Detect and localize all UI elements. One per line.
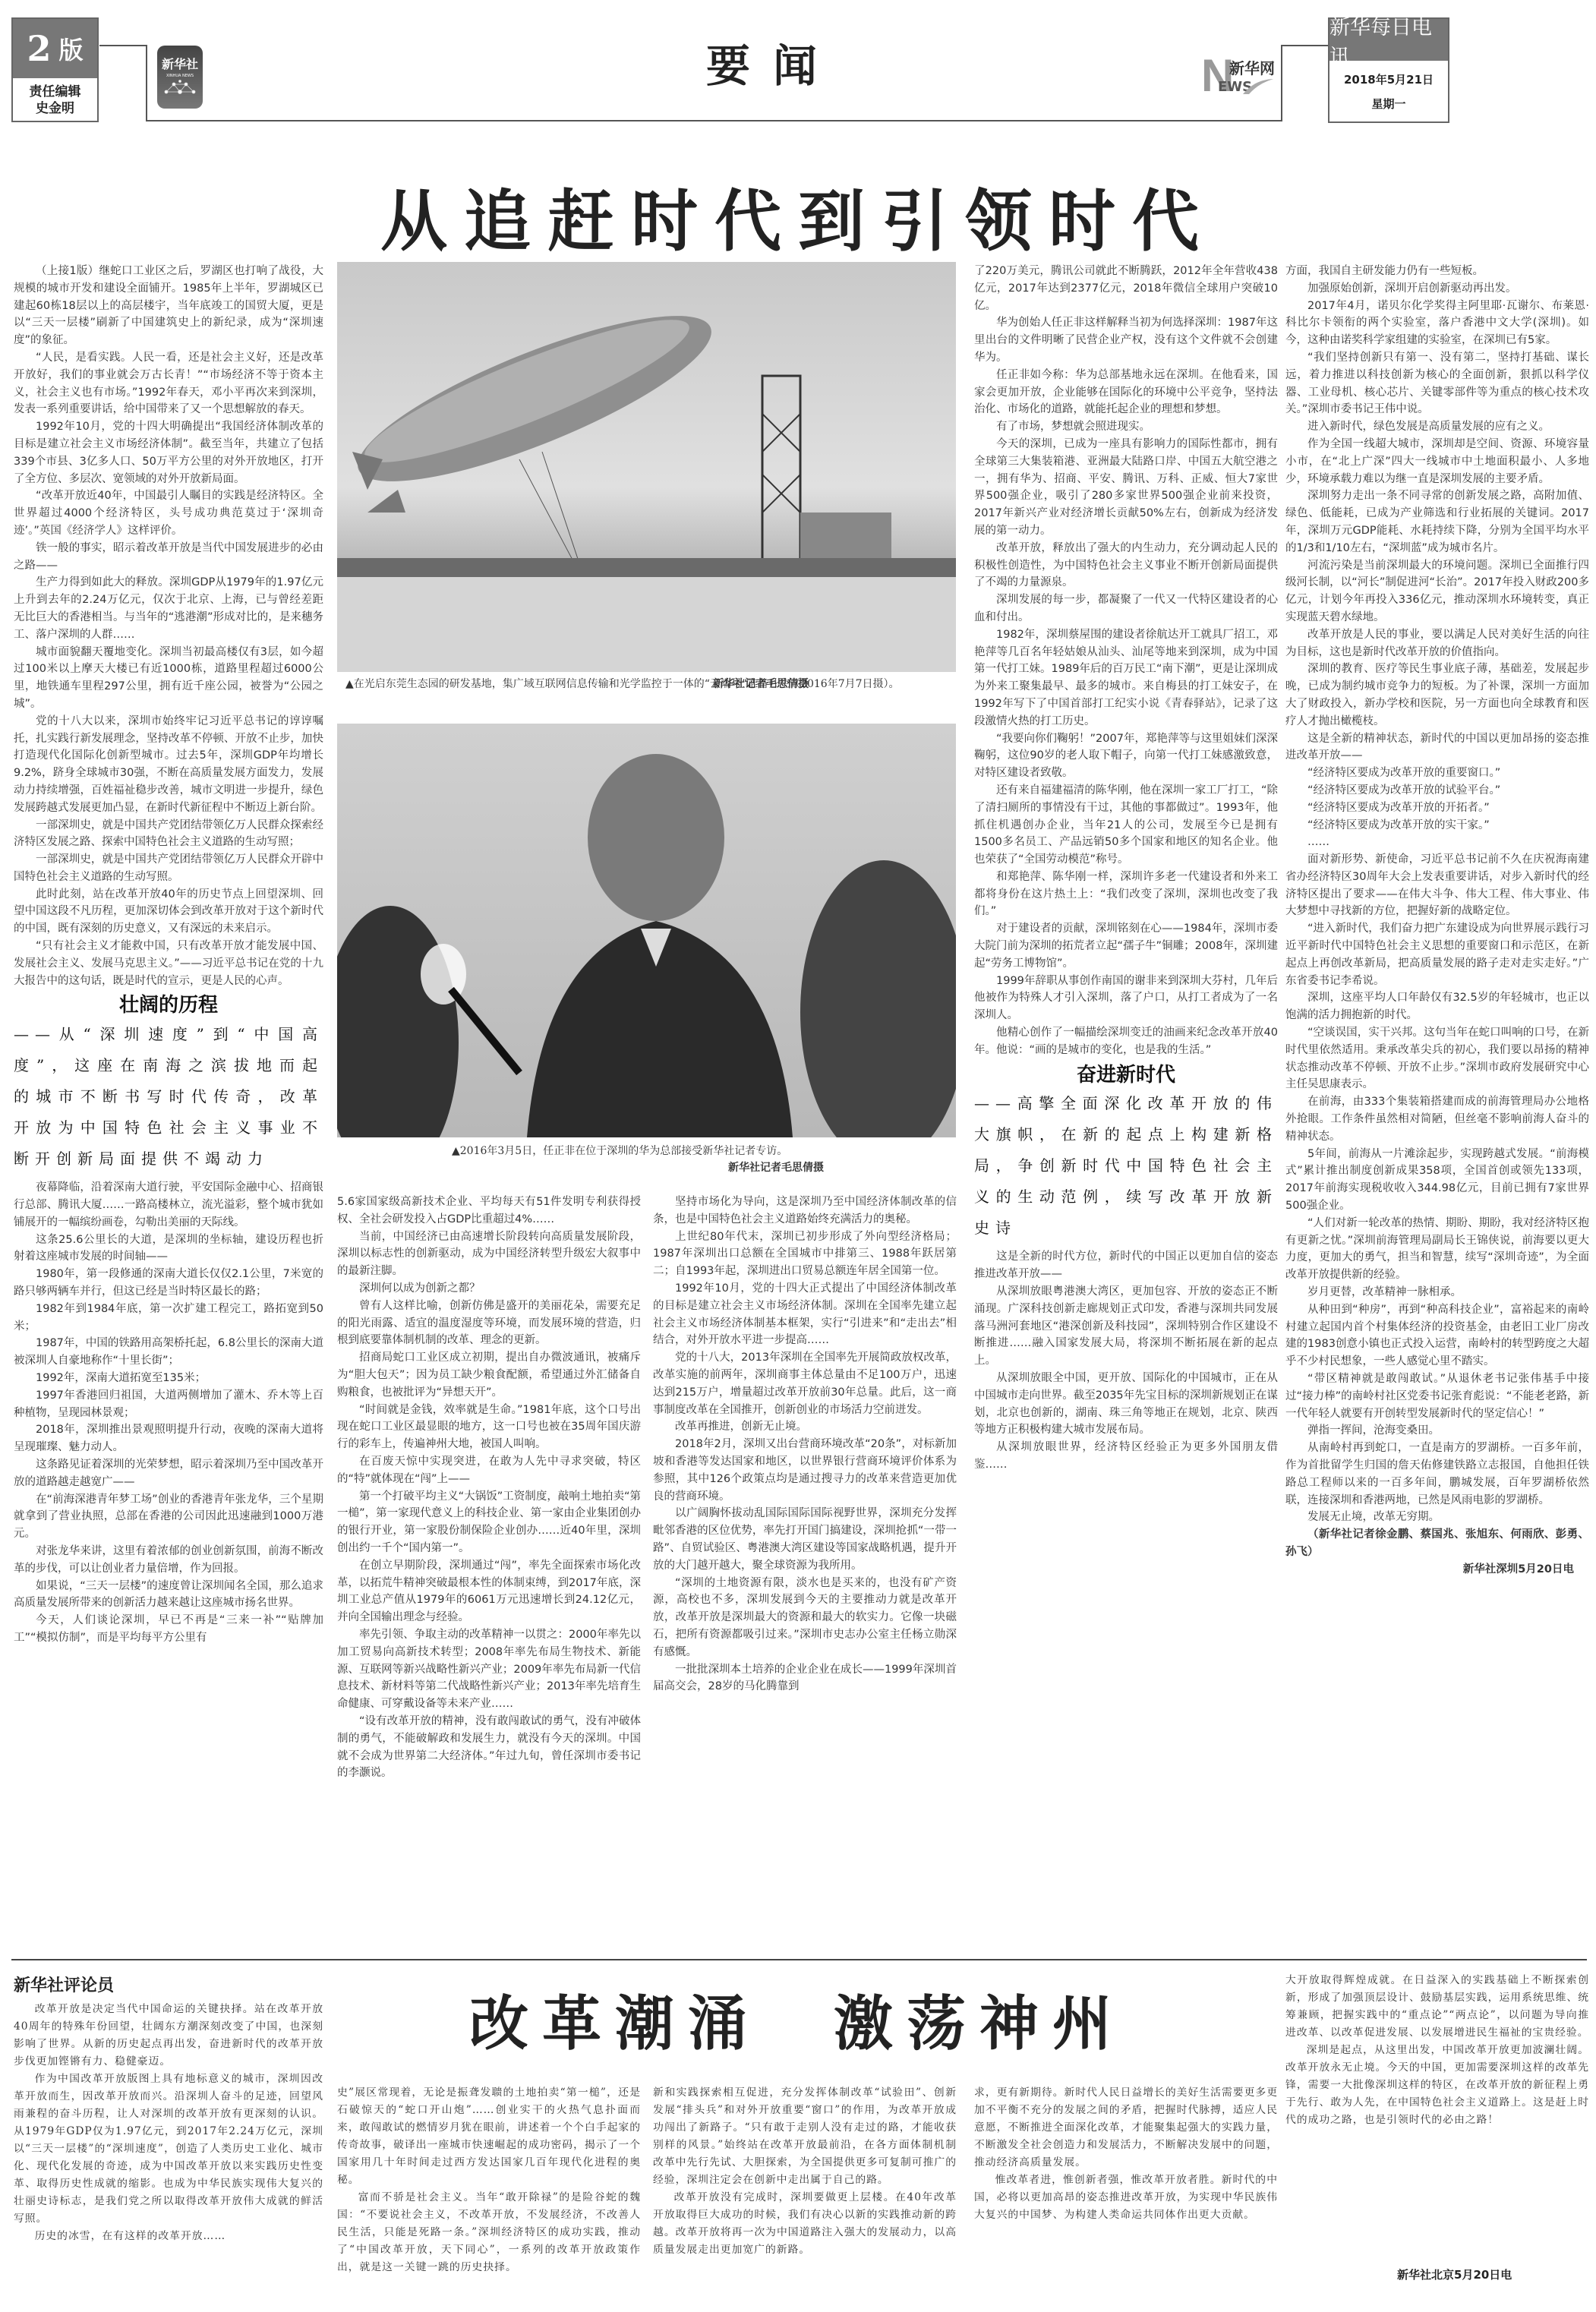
paragraph: 从深圳放眼粤港澳大湾区，更加包容、开放的姿态正不断涌现。广深科技创新走廊规划正式… [974,1283,1278,1370]
paragraph: 求，更有新期待。新时代人民日益增长的美好生活需要更多更加不平衡不充分的发展之间的… [974,2084,1278,2172]
paragraph: 以广阔胸怀拔动乱国际国际国际视野世界，深圳充分发挥毗邻香港的区位优势，率先打开国… [653,1505,957,1574]
article-column-2: 5.6家国家级高新技术企业、平均每天有51件发明专利获得授权、全社会研发投入占G… [337,1194,641,1919]
paragraph: （上接1版）继蛇口工业区之后，罗湖区也打响了战役，大规模的城市开发和建设全面铺开… [14,263,323,349]
paragraph: 坚持市场化为导向，这是深圳乃至中国经济体制改革的信条，也是中国特色社会主义道路始… [653,1194,957,1229]
editorial-column-4: 求，更有新期待。新时代人民日益增长的美好生活需要更多更加不平衡不充分的发展之间的… [974,2084,1278,2304]
masthead-rule-right-top [1281,45,1328,46]
paragraph: “时间就是金钱，效率就是生命。”1981年底，这个口号出现在蛇口工业区最显眼的地… [337,1402,641,1453]
paragraph: 一批批深圳本土培养的企业企业在成长——1999年深圳首届高交会，28岁的马化腾靠… [653,1661,957,1696]
paragraph: 2018年，深圳推出景观照明提升行动，夜晚的深南大道将呈现璀璨、魅力动人。 [14,1421,323,1456]
paragraph: 1987年，中国的铁路用高架桥托起，6.8公里长的深南大道被深圳人自豪地称作“十… [14,1335,323,1370]
paragraph: “人们对新一轮改革的热情、期盼、期盼，我对经济特区抱有更新之忧。”深圳前海管理局… [1285,1215,1589,1284]
article-column-3: 坚持市场化为导向，这是深圳乃至中国经济体制改革的信条，也是中国特色社会主义道路始… [653,1194,957,1919]
paragraph: “经济特区要成为改革开放的实干家。” [1285,817,1589,834]
paragraph: 率先引领、争取主动的改革精神一以贯之：2000年率先以加工贸易向高新技术转型；2… [337,1626,641,1713]
news-logo-cn: 新华网 [1229,56,1275,78]
paragraph: 和郑艳萍、陈华刚一样，深圳许多老一代建设者和外来工都将身份在这片热土上：“我们改… [974,869,1278,920]
masthead-rule-left-top [99,45,147,46]
paragraph: 从深圳放眼世界，经济特区经验正为更多外国朋友借鉴…… [974,1439,1278,1474]
paragraph: 5年间，前海从一片滩涂起步，实现跨越式发展。“前海模式”累计推出制度创新成果35… [1285,1146,1589,1215]
paragraph: 历史的冰雪，在有这样的改革开放…… [14,2228,323,2245]
paragraph: 1992年，深南大道拓宽至135米； [14,1370,323,1387]
paragraph: 今天的深圳，已成为一座具有影响力的国际性都市，拥有全球第三大集装箱港、亚洲最大陆… [974,436,1278,540]
paragraph: “设有改革开放的精神，没有敢闯敢试的勇气，没有冲破体制的勇气，不能破解政和发展生… [337,1713,641,1782]
paragraph: 有了市场，梦想就会照进现实。 [974,418,1278,436]
paragraph: 生产力得到如此大的释放。深圳GDP从1979年的1.97亿元上升到去年的2.24… [14,574,323,643]
paragraph: 一部深圳史，就是中国共产党团结带领亿万人民群众探索经济特区发展之路、探索中国特色… [14,817,323,852]
paragraph: 从南岭村再到蛇口，一直是南方的罗湖桥。一百多年前，作为首批留学生归国的詹天佑修建… [1285,1440,1589,1509]
paragraph: 1992年10月，党的十四大正式提出了中国经济体制改革的目标是建立社会主义市场经… [653,1280,957,1349]
caption-text: ▲2016年3月5日，任正非在位于深圳的华为总部接受新华社记者专访。 [452,1145,787,1157]
paragraph: 曾有人这样比喻，创新仿佛是盛开的美丽花朵，需要充足的阳光雨露、适宜的温度湿度等环… [337,1298,641,1349]
editor-label: 责任编辑 [30,84,81,100]
paragraph: “人民，是看实践。人民一看，还是社会主义好，还是改革开放好，我们的事业就会万古长… [14,349,323,418]
paragraph: 1997年香港回归祖国，大道两侧增加了灌木、乔木等上百种植物，呈现园林景观； [14,1387,323,1422]
paragraph: 招商局蛇口工业区成立初期，提出自办微波通讯，被痛斥为“胆大包天”；因为员工缺少粮… [337,1349,641,1401]
edition-unit: 版 [59,31,84,66]
article-column-4: 了220万美元，腾讯公司就此不断腾跃，2012年全年营收438亿元，2017年达… [974,263,1278,1918]
paragraph: 岁月更替，改革精神一脉相承。 [1285,1284,1589,1301]
paragraph: 面对新形势、新使命，习近平总书记前不久在庆祝海南建省办经济特区30周年大会上发表… [1285,851,1589,920]
photo-credit: 新华社记者毛思倩摄 [452,1159,953,1176]
paragraph: 任正非如今称：华为总部基地永远在深圳。在他看来，国家会更加开放，企业能够在国际化… [974,367,1278,418]
article-dateline: 新华社深圳5月20日电 [1285,1561,1589,1579]
paragraph: 深圳是起点，从这里出发，中国改革开放更加波澜壮阔。改革开放永无止境。今天的中国，… [1285,2042,1589,2129]
paragraph: 1982年，深圳蔡屋围的建设者徐航达开工就具厂招工，邓艳萍等几百名年轻姑娘从汕头… [974,626,1278,730]
swoosh-icon [1243,76,1273,95]
paragraph: 1982年到1984年底，第一次扩建工程完工，路拓宽到50米； [14,1301,323,1336]
paragraph: 深圳发展的每一步，都凝聚了一代又一代特区建设者的心血和付出。 [974,591,1278,626]
paragraph: 此时此刻，站在改革开放40年的历史节点上回望深圳、回望中国这段不凡历程，更加深切… [14,886,323,938]
issue-date: 2018年5月21日 [1344,68,1434,92]
paragraph: 1980年，第一段修通的深南大道长仅仅2.1公里，7米宽的路只够两辆车并行，但这… [14,1266,323,1301]
paragraph: 5.6家国家级高新技术企业、平均每天有51件发明专利获得授权、全社会研发投入占G… [337,1194,641,1229]
paragraph: 进入新时代，绿色发展是高质量发展的应有之义。 [1285,418,1589,436]
paragraph: “只有社会主义才能救中国，只有改革开放才能发展中国、发展社会主义、发展马克思主义… [14,938,323,989]
network-icon [163,78,197,96]
paragraph: 2018年2月，深圳又出台营商环境改革“20条”，对标新加坡和香港等发达国家和地… [653,1436,957,1505]
paragraph: 改革再推进，创新无止境。 [653,1418,957,1436]
paragraph: 大开放取得辉煌成就。在日益深入的实践基础上不断探索创新，形成了加强顶层设计、鼓励… [1285,1972,1589,2042]
paragraph: 从深圳放眼全中国，更开放、国际化的中国城市，正在从中国城市走向世界。截至2035… [974,1370,1278,1439]
paragraph: 这是全新的时代方位，新时代的中国正以更加自信的姿态推进改革开放—— [974,1248,1278,1283]
editorial-column-3: 新和实践探索相互促进，充分发挥体制改革“试验田”、创新发展“排头兵”和对外开放重… [653,2084,957,2304]
editorial-column-5: 大开放取得辉煌成就。在日益深入的实践基础上不断探索创新，形成了加强顶层设计、鼓励… [1285,1972,1589,2260]
editorial-dateline: 新华社北京5月20日电 [1397,2266,1512,2282]
paragraph: 铁一般的事实，昭示着改革开放是当代中国发展进步的必由之路—— [14,540,323,575]
masthead-rule-right-vertical [1281,45,1282,121]
paragraph: “我们坚持创新只有第一、没有第二，坚持打基础、谋长远，着力推进以科技创新为核心的… [1285,349,1589,418]
paragraph: 1999年辞职从事创作南国的谢非来到深圳大芬村，几年后他被作为特殊人才引入深圳，… [974,973,1278,1024]
paragraph: “带区精神就是敢闯敢试。”从退休老书记张伟基手中接过“接力棒”的南岭村社区党委书… [1285,1370,1589,1422]
paragraph: 从种田到“种房”，再到“种高科技企业”，富裕起来的南岭村建立起国内首个村集体经济… [1285,1301,1589,1370]
editor-credit: 责任编辑 史金明 [13,78,97,122]
paragraph: …… [1285,834,1589,851]
edition-number-value: 2 [27,28,51,69]
editorial-column-2: 史”展区常现着，无论是振聋发聩的土地拍卖“第一槌”，还是石破惊天的“蛇口开山炮”… [337,2084,641,2304]
paragraph: 这条25.6公里长的大道，是深圳的坐标轴，建设历程也折射着这座城市发展的时间轴—… [14,1232,323,1266]
paragraph: 对于建设者的贡献，深圳铭刻在心——1984年，深圳市委大院门前为深圳的拓荒者立起… [974,920,1278,972]
paragraph: 在前海，由333个集装箱搭建而成的前海管理局办公地格外抢眼。工作条件虽然相对简陋… [1285,1093,1589,1145]
paragraph: 如果说，“三天一层楼”的速度曾让深圳闻名全国，那么追求高质量发展所带来的创新活力… [14,1578,323,1613]
paragraph: 了220万美元，腾讯公司就此不断腾跃，2012年全年营收438亿元，2017年达… [974,263,1278,314]
article-column-5: 方面，我国自主研发能力仍有一些短板。 加强原始创新，深圳开启创新驱动再出发。 2… [1285,263,1589,1918]
section-divider [11,1959,1587,1960]
main-headline: 从追赶时代到引领时代 [0,169,1596,264]
masthead-rule-bottom [146,120,1282,121]
paragraph: 发展无止境，改革无穷期。 [1285,1509,1589,1526]
paragraph: “空谈误国，实干兴邦。这句当年在蛇口叫响的口号，在新时代里依然适用。秉承改革尖兵… [1285,1024,1589,1093]
paragraph: 作为中国改革开放版图上具有地标意义的城市，深圳因改革开放而生，因改革开放而兴。沿… [14,2071,323,2228]
paragraph: “深圳的土地资源有限，淡水也是买来的，也没有矿产资源，高校也不多，深圳发展到今天… [653,1575,957,1661]
paragraph: 对张龙华来讲，这里有着浓郁的创业创新氛围，前海不断改革的步伐，可以让创业者力量倍… [14,1543,323,1578]
masthead-rule-left-vertical [146,45,147,121]
paragraph: 惟改革者进，惟创新者强，惟改革开放者胜。新时代的中国，必将以更加高昂的姿态推进改… [974,2172,1278,2224]
photo-interview-caption: ▲2016年3月5日，任正非在位于深圳的华为总部接受新华社记者专访。 新华社记者… [452,1143,953,1176]
editorial-label: 新华社评论员 [14,1973,114,1996]
subsection-title: 壮阔的历程 [14,997,323,1014]
issue-weekday: 星期一 [1371,92,1405,116]
paragraph: 改革开放，释放出了强大的内生动力，充分调动起人民的积极性创造性，为中国特色社会主… [974,540,1278,591]
paragraph: “经济特区要成为改革开放的重要窗口。” [1285,765,1589,782]
article-column-1: （上接1版）继蛇口工业区之后，罗湖区也打响了战役，大规模的城市开发和建设全面铺开… [14,263,323,1918]
paragraph: 夜幕降临，沿着深南大道行驶，平安国际金融中心、招商银行总部、腾讯大厦……一路高楼… [14,1179,323,1231]
paragraph: “经济特区要成为改革开放的试验平台。” [1285,782,1589,800]
paragraph: 这条路见证着深圳的光荣梦想，昭示着深圳乃至中国改革开放的道路越走越宽广—— [14,1456,323,1491]
xinhuanet-logo: N 新华网 EWS [1201,53,1277,99]
paragraph: 改革开放没有完成时，深圳要做更上层楼。在40年改革开放取得巨大成功的时候，我们有… [653,2189,957,2259]
photo-interview [337,724,956,1137]
paragraph: 深圳，这座平均人口年龄仅有32.5岁的年轻城市，也正以饱满的活力拥抱新的时代。 [1285,989,1589,1024]
subsection-deck: ——从“深圳速度”到“中国高度”，这座在南海之滨拔地而起的城市不断书写时代传奇，… [14,1019,323,1175]
paragraph: 弹指一挥间，沧海变桑田。 [1285,1422,1589,1440]
xinhua-logo-cn: 新华社 [162,55,198,72]
paragraph: 改革开放是决定当代中国命运的关键抉择。站在改革开放40周年的特殊年份回望，壮阔东… [14,2001,323,2071]
interview-image [337,724,956,1137]
paragraph: 深圳何以成为创新之都？ [337,1280,641,1298]
paragraph: 作为全国一线超大城市，深圳却是空间、资源、环境容量小市，在“北上广深”四大一线城… [1285,436,1589,487]
airship-image [337,262,956,672]
paragraph: 在创立早期阶段，深圳通过“闯”，率先全面探索市场化改革，以拓荒牛精神突破最根本性… [337,1557,641,1626]
paragraph: 史”展区常现着，无论是振聋发聩的土地拍卖“第一槌”，还是石破惊天的“蛇口开山炮”… [337,2084,641,2189]
paragraph: 1992年10月，党的十四大明确提出“我国经济体制改革的目标是建立社会主义市场经… [14,418,323,487]
paragraph: “我要向你们鞠躬！”2007年，郑艳萍等与这里姐妹们深深鞠躬，这位90岁的老人取… [974,730,1278,782]
paper-date: 2018年5月21日 星期一 [1329,61,1448,123]
xinhua-logo: 新华社 XINHUA NEWS [157,46,203,109]
paragraph: 一部深圳史，就是中国共产党团结带领亿万人民群众开辟中国特色社会主义道路的生动写照… [14,851,323,886]
section-title: 要闻 [706,30,840,94]
paragraph: 今天，人们谈论深圳，早已不再是“三来一补”“贴牌加工”“模拟仿制”，而是平均每平… [14,1612,323,1647]
paragraph: “进入新时代，我们奋力把广东建设成为向世界展示践行习近平新时代中国特色社会主义思… [1285,920,1589,989]
edition-box: 2 版 责任编辑 史金明 [11,17,99,122]
paragraph: 2017年4月，诺贝尔化学奖得主阿里耶·瓦谢尔、布莱恩·科比尔卡领衔的两个实验室… [1285,298,1589,349]
paragraph: 城市面貌翻天覆地变化。深圳当初最高楼仅有3层，如今超过100米以上摩天大楼已有近… [14,644,323,713]
paragraph: 方面，我国自主研发能力仍有一些短板。 [1285,263,1589,280]
paragraph: 富而不骄是社会主义。当年“敢开除禄”的是险谷蛇的魏国：“不要说社会主义，不改革开… [337,2189,641,2276]
photo-airship-caption: ▲在光启东莞生态园的研发基地，集广域互联网信息传输和光学监控于一体的“云端号”准… [345,676,953,692]
subsection-deck: ——高擎全面深化改革开放的伟大旗帜，在新的起点上构建新格局，争创新时代中国特色社… [974,1088,1278,1244]
paragraph: 新和实践探索相互促进，充分发挥体制改革“试验田”、创新发展“排头兵”和对外开放重… [653,2084,957,2189]
paper-box: 新华每日电讯 2018年5月21日 星期一 [1328,17,1449,123]
paper-name: 新华每日电讯 [1329,19,1448,61]
editor-name: 史金明 [36,100,74,117]
caption-text: ▲在光启东莞生态园的研发基地，集广域互联网信息传输和光学监控于一体的“云端号”准… [345,678,900,690]
paragraph: 他精心创作了一幅描绘深圳变迁的油画来纪念改革开放40年。他说：“画的是城市的变化… [974,1024,1278,1059]
editorial-column-1: 改革开放是决定当代中国命运的关键抉择。站在改革开放40周年的特殊年份回望，壮阔东… [14,2001,323,2304]
paragraph: 还有来自福建福清的陈华刚，他在深圳一家工厂打工，“除了清扫厕所的事情没有干过，其… [974,782,1278,869]
photo-airship [337,262,956,672]
paragraph: 这是全新的精神状态，新时代的中国以更加昂扬的姿态推进改革开放—— [1285,730,1589,765]
edition-number: 2 版 [13,19,97,78]
paragraph: 党的十八大以来，深圳市始终牢记习近平总书记的谆谆嘱托，扎实践行新发展理念，坚持改… [14,713,323,817]
paragraph: 改革开放是人民的事业，要以满足人民对美好生活的向往为目标，这也是新时代改革开放的… [1285,626,1589,661]
paragraph: 深圳努力走出一条不同寻常的创新发展之路，高附加值、绿色、低能耗，已成为产业筛选和… [1285,487,1589,557]
paragraph: 在百废天惊中实现突进，在敢为人先中寻求突破，特区的“特”就体现在“闯”上—— [337,1453,641,1488]
paragraph: 党的十八大，2013年深圳在全国率先开展简政放权改革，改革实施的前两年，深圳商事… [653,1349,957,1418]
paragraph: 河流污染是当前深圳最大的环境问题。深圳已全面推行四级河长制，以“河长”制促进河“… [1285,557,1589,626]
paragraph: 上世纪80年代末，深圳已初步形成了外向型经济格局；1987年深圳出口总额在全国城… [653,1229,957,1280]
paragraph: 深圳的教育、医疗等民生事业底子薄，基础差，发展起步晚，已成为制约城市竞争力的短板… [1285,661,1589,730]
paragraph: “经济特区要成为改革开放的开拓者。” [1285,800,1589,817]
article-byline: （新华社记者徐金鹏、蔡国兆、张旭东、何雨欣、彭勇、孙飞） [1285,1526,1589,1561]
subsection-title: 奋进新时代 [974,1067,1278,1084]
paragraph: 当前，中国经济已由高速增长阶段转向高质量发展阶段，深圳以标志性的创新驱动，成为中… [337,1229,641,1280]
paragraph: 第一个打破平均主义“大锅饭”工资制度，敲响土地拍卖“第一槌”，第一家现代意义上的… [337,1488,641,1557]
paragraph: 加强原始创新，深圳开启创新驱动再出发。 [1285,280,1589,298]
paragraph: 在“前海深港青年梦工场”创业的香港青年张龙华，三个星期就拿到了营业执照，总部在香… [14,1491,323,1543]
editorial-headline: 改革潮涌 激荡神州 [380,1976,1215,2061]
paragraph: 华为创始人任正非这样解释当初为何选择深圳：1987年这里出台的文件明晰了民营企业… [974,314,1278,366]
paragraph: “改革开放近40年，中国最引人瞩目的实践是经济特区。全世界超过4000个经济特区… [14,487,323,539]
